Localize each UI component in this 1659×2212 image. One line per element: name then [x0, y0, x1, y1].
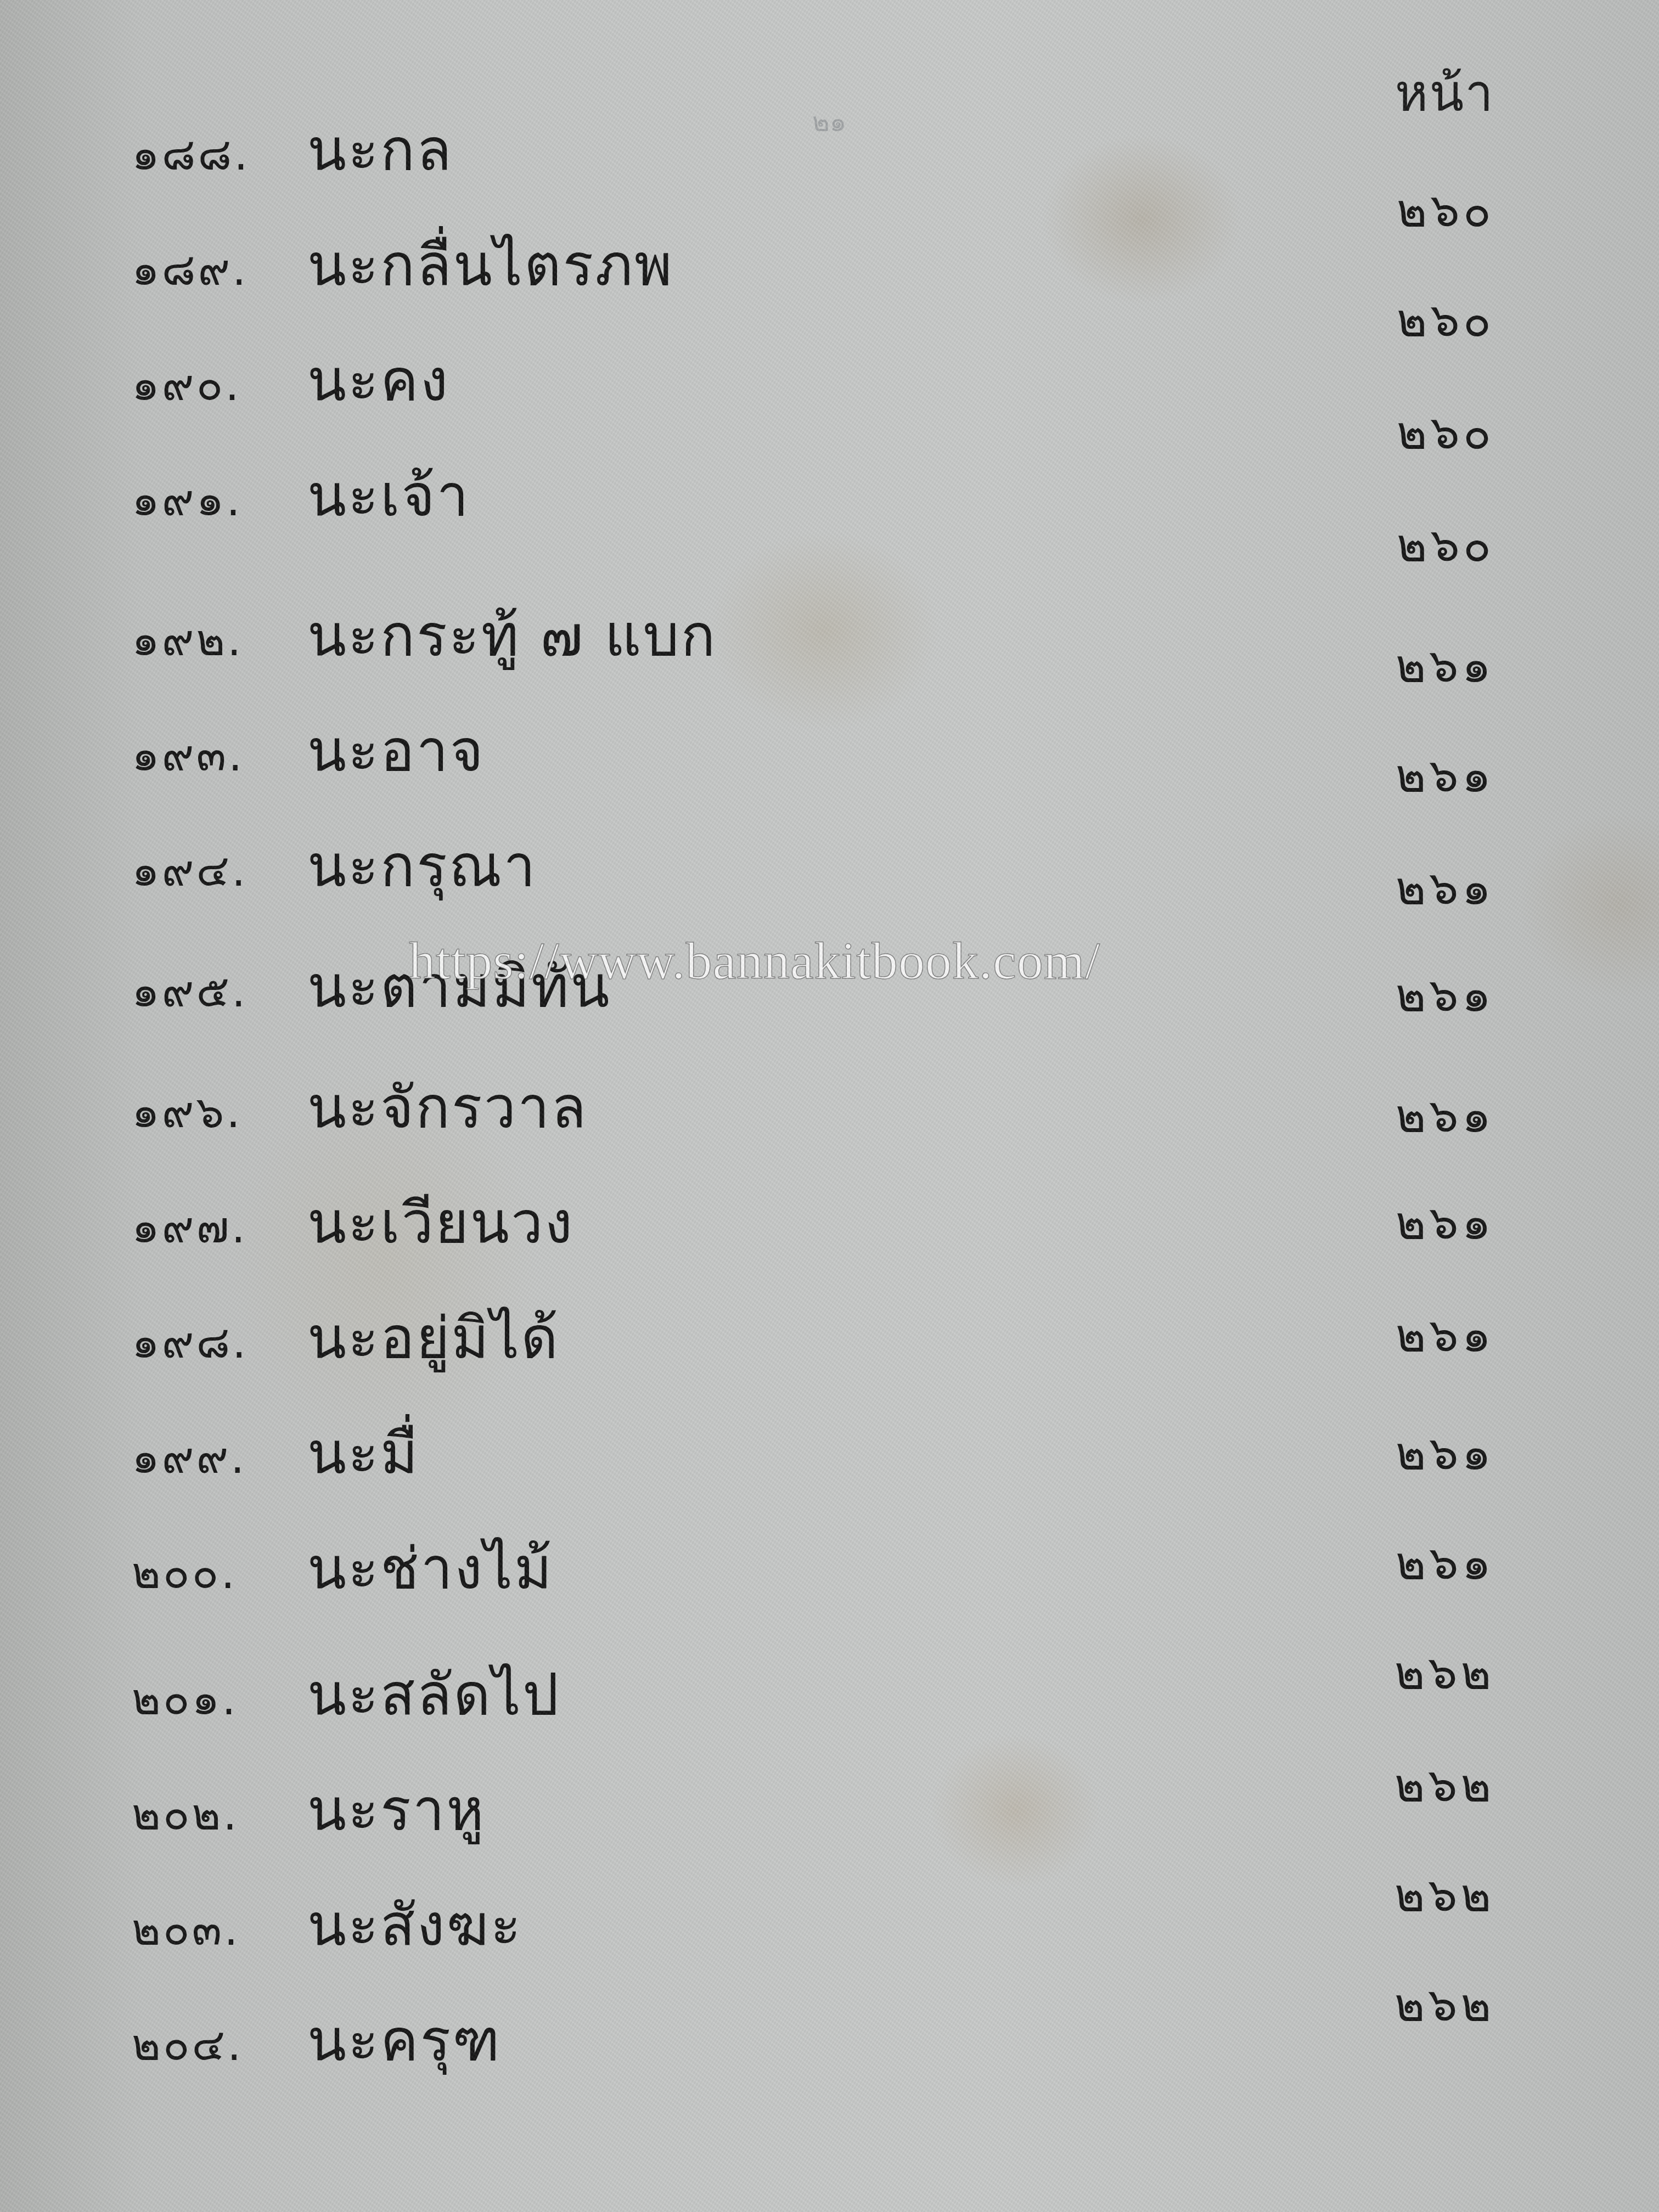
entry-title: นะช่างไม้ [307, 1523, 554, 1613]
toc-entry: ๑๙๑. นะเจ้า [132, 450, 470, 541]
entry-page-number: ๒๖๐ [1397, 395, 1494, 469]
entry-number: ๑๘๘. [132, 120, 307, 189]
entry-number: ๒๐๓. [132, 1895, 307, 1965]
entry-number: ๑๙๒. [132, 605, 307, 675]
entry-page-number: ๒๖๒ [1394, 1635, 1494, 1709]
toc-entry: ๒๐๑. นะสลัดไป [132, 1649, 560, 1740]
entry-title: นะราหู [307, 1764, 486, 1855]
toc-entry: ๑๘๙. นะกลื่นไตรภพ [132, 219, 674, 310]
entry-page-number: ๒๖๑ [1396, 1078, 1494, 1152]
entry-page-number: ๒๖๑ [1396, 1185, 1494, 1259]
entry-page-number: ๒๖๒ [1394, 1858, 1494, 1931]
entry-number: ๑๙๓. [132, 721, 307, 790]
toc-entry: ๒๐๔. นะครุฑ [132, 1995, 502, 2085]
entry-number: ๑๙๖. [132, 1077, 307, 1147]
entry-title: นะกลื่นไตรภพ [307, 219, 674, 310]
entry-number: ๒๐๒. [132, 1780, 307, 1849]
entry-number: ๑๙๘. [132, 1308, 307, 1377]
entry-number: ๑๙๙. [132, 1423, 307, 1493]
entry-title: นะกล [307, 104, 453, 195]
toc-entry: ๑๙๓. นะอาจ [132, 705, 485, 796]
entry-page-number: ๒๖๐ [1397, 508, 1494, 581]
toc-entry: ๑๙๐. นะคง [132, 335, 449, 425]
toc-entry: ๑๙๙. นะมื่ [132, 1408, 420, 1498]
toc-entry: ๑๙๗. นะเวียนวง [132, 1177, 574, 1268]
entry-title: นะอยู่มิได้ [307, 1292, 560, 1383]
entry-number: ๑๙๕. [132, 956, 307, 1026]
entry-page-number: ๒๖๒ [1394, 1967, 1494, 2041]
entry-number: ๑๘๙. [132, 235, 307, 305]
toc-entry: ๑๙๘. นะอยู่มิได้ [132, 1292, 560, 1383]
entry-title: นะเวียนวง [307, 1177, 574, 1268]
entry-title: นะกระทู้ ๗ แบก [307, 590, 717, 680]
entry-page-number: ๒๖๐ [1397, 173, 1494, 246]
toc-entry: ๒๐๓. นะสังฆะ [132, 1879, 522, 1970]
entry-page-number: ๒๖๒ [1394, 1748, 1494, 1821]
toc-entry: ๒๐๒. นะราหู [132, 1764, 486, 1855]
toc-entry: ๑๘๘. นะกล [132, 104, 453, 195]
entry-title: นะอาจ [307, 705, 485, 796]
entry-page-number: ๒๖๐ [1397, 283, 1494, 356]
toc-entry: ๑๙๔. นะกรุณา [132, 820, 537, 911]
entry-number: ๑๙๗. [132, 1192, 307, 1262]
entry-number: ๒๐๑. [132, 1664, 307, 1734]
toc-entry: ๑๙๒. นะกระทู้ ๗ แบก [132, 590, 717, 680]
page-column-header: หน้า [1395, 52, 1494, 133]
entry-title: นะกรุณา [307, 820, 537, 911]
entry-page-number: ๒๖๑ [1396, 738, 1494, 812]
entry-title: นะเจ้า [307, 450, 470, 541]
entry-title: นะสลัดไป [307, 1649, 560, 1740]
entry-title: นะสังฆะ [307, 1879, 522, 1970]
entry-title: นะครุฑ [307, 1995, 502, 2085]
toc-entry: ๒๐๐. นะช่างไม้ [132, 1523, 554, 1613]
entry-number: ๑๙๔. [132, 836, 307, 905]
entry-page-number: ๒๖๑ [1396, 851, 1494, 924]
entry-title: นะมื่ [307, 1408, 420, 1498]
entry-page-number: ๒๖๑ [1396, 1416, 1494, 1489]
entry-page-number: ๒๖๑ [1396, 958, 1494, 1031]
entry-number: ๑๙๐. [132, 350, 307, 420]
entry-page-number: ๒๖๑ [1396, 1298, 1494, 1371]
entry-number: ๒๐๐. [132, 1538, 307, 1608]
entry-number: ๒๐๔. [132, 2010, 307, 2080]
toc-entry: ๑๙๖. นะจักรวาล [132, 1062, 588, 1152]
watermark-url: https://www.bannakitbook.com/ [409, 930, 1100, 991]
book-page: ๒๑ หน้า ๑๘๘. นะกล ๑๘๙. นะกลื่นไตรภพ ๑๙๐.… [0, 0, 1659, 2212]
entry-title: นะจักรวาล [307, 1062, 588, 1152]
entry-number: ๑๙๑. [132, 465, 307, 535]
entry-page-number: ๒๖๑ [1396, 1526, 1494, 1599]
bleed-through-page-number: ๒๑ [812, 102, 846, 143]
entry-page-number: ๒๖๑ [1396, 628, 1494, 702]
entry-title: นะคง [307, 335, 449, 425]
